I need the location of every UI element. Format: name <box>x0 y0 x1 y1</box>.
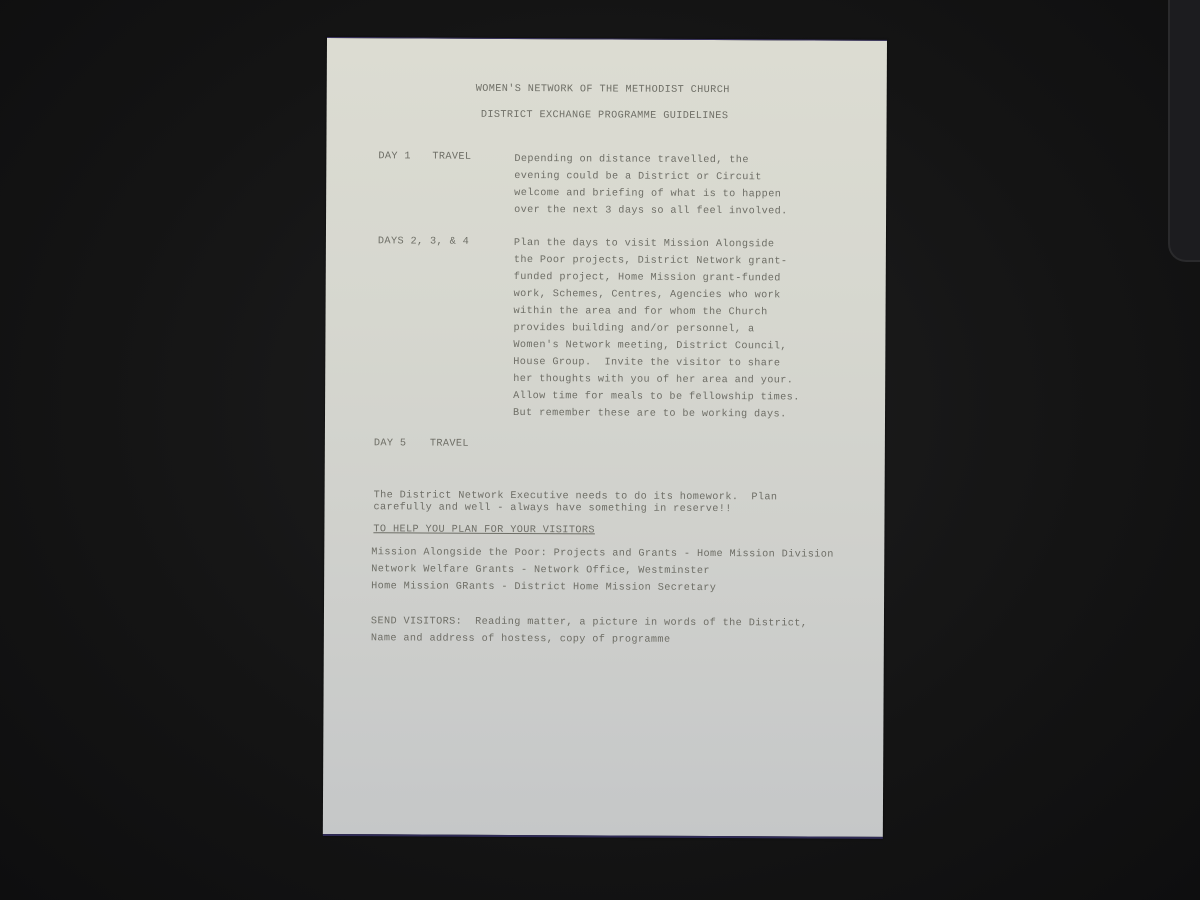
day1-label: DAY 1 <box>378 148 411 165</box>
document-title: WOMEN'S NETWORK OF THE METHODIST CHURCH <box>323 80 883 100</box>
document-subtitle: DISTRICT EXCHANGE PROGRAMME GUIDELINES <box>325 106 885 126</box>
list-item: Home Mission GRants - District Home Miss… <box>371 578 716 597</box>
day1-activity: TRAVEL <box>432 149 471 166</box>
days234-label: DAYS 2, 3, & 4 <box>378 233 469 250</box>
day5-activity: TRAVEL <box>430 436 469 453</box>
list-item: Network Welfare Grants - Network Office,… <box>371 561 710 580</box>
day5-label: DAY 5 <box>374 435 407 452</box>
help-heading: TO HELP YOU PLAN FOR YOUR VISITORS <box>373 524 595 537</box>
device-edge <box>1168 0 1200 262</box>
document-page: WOMEN'S NETWORK OF THE METHODIST CHURCH … <box>323 37 887 839</box>
